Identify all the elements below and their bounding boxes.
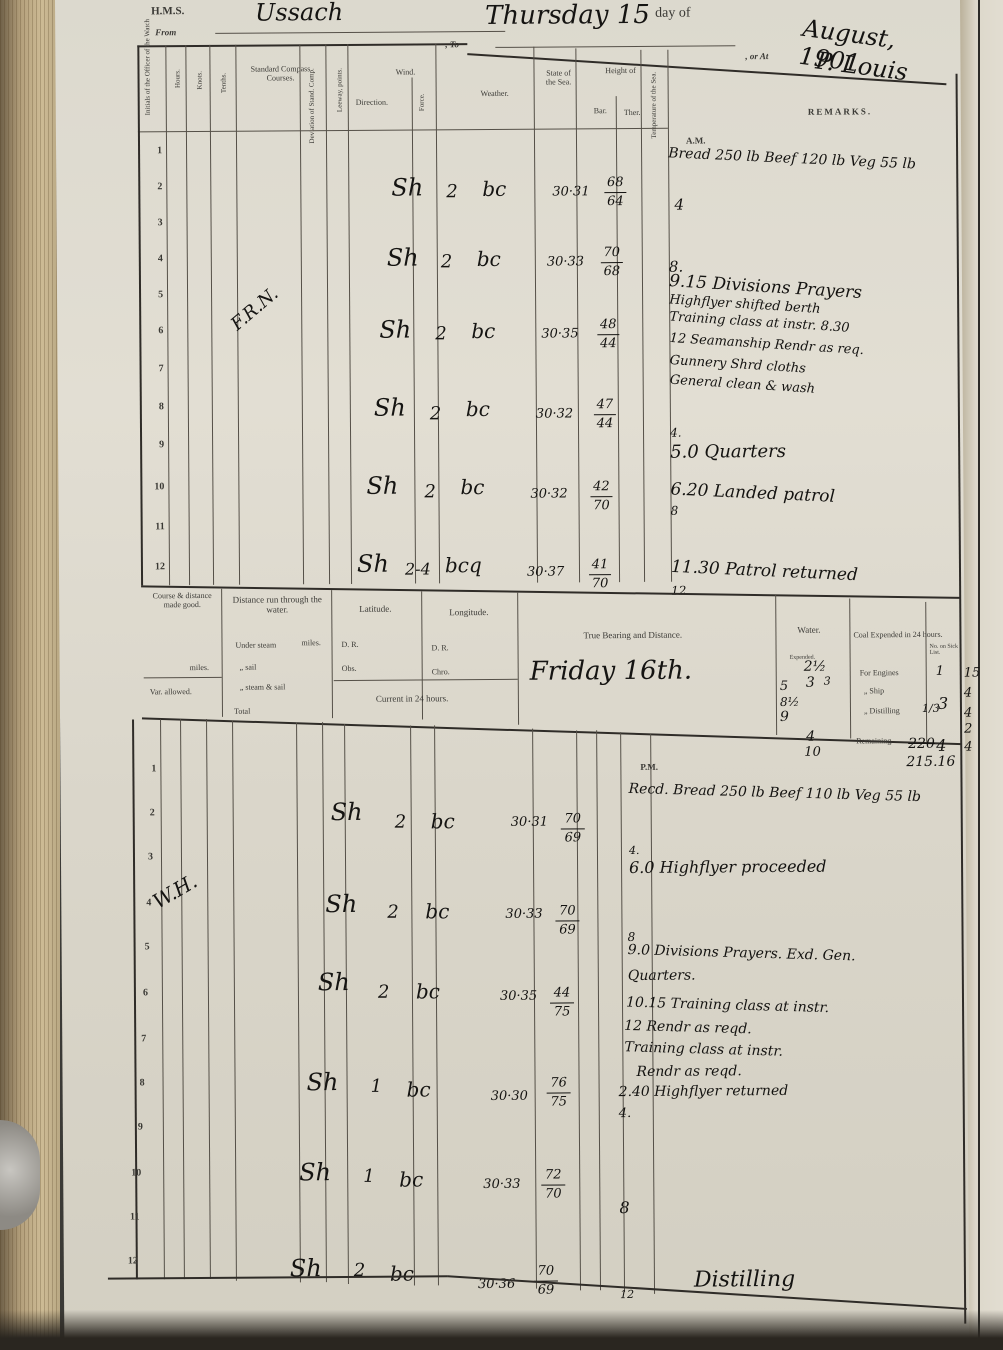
col-leeway: Leeway, points. (335, 68, 343, 112)
col-deviation: Deviation of Stand. Comp. (307, 68, 316, 143)
day-of-label: day of (655, 6, 691, 22)
am-officer-initials: F.R.N. (227, 283, 283, 335)
col-compass: Standard Compass Courses. (245, 64, 315, 82)
from-label: From (155, 27, 176, 37)
ship-name: Ussach (255, 0, 343, 27)
col-hours: Hours. (173, 69, 181, 88)
day-entry: Thursday 15 (485, 0, 650, 31)
col-bar: Bar. (594, 106, 607, 115)
col-wind: Wind. (375, 67, 435, 76)
log-page: H.M.S. Ussach From Thursday 15 day of , … (55, 0, 969, 1350)
col-ther: Ther. (624, 108, 641, 117)
col-wind-direction: Direction. (356, 98, 388, 107)
hms-label: H.M.S. (151, 5, 184, 17)
at-label: , or At (745, 51, 768, 61)
bearing-entry: Friday 16th. (530, 656, 693, 687)
col-knots: Knots. (195, 71, 203, 90)
col-initials: Initials of the Officer of the Watch (143, 55, 151, 115)
col-sea-state: State of the Sea. (543, 68, 573, 86)
col-remarks: REMARKS. (808, 106, 872, 116)
col-wind-force: Force. (418, 93, 426, 111)
pm-label: P.M. (640, 762, 658, 772)
col-tenths: Tenths. (220, 73, 228, 93)
col-height: Height of (595, 66, 645, 75)
col-weather: Weather. (481, 89, 509, 98)
am-label: A.M. (686, 135, 706, 145)
pm-officer-initials: W.H. (148, 869, 201, 914)
